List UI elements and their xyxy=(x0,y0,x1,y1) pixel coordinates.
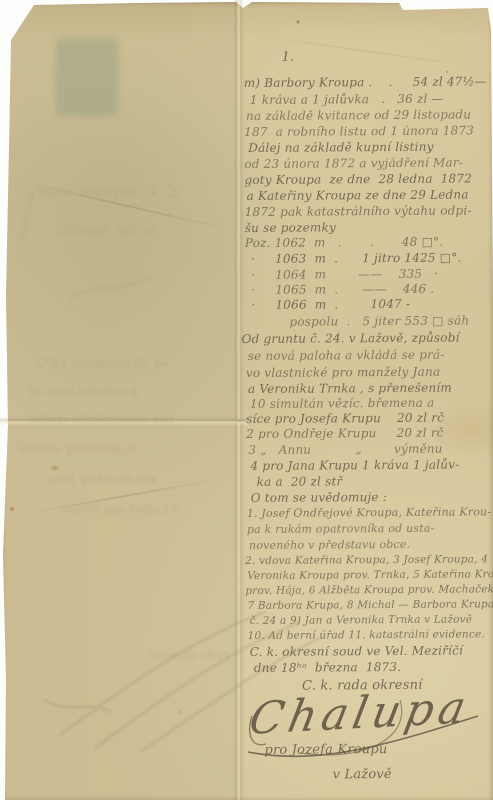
manuscript-line: 1. Josef Ondřejové Kroupa, Kateřina Krou… xyxy=(247,505,492,520)
manuscript-line: ka a 20 zl stř xyxy=(257,474,343,489)
manuscript-line: 7 Barbora Krupa, 8 Michal — Barbora Krup… xyxy=(247,598,493,612)
manuscript-line: · 1063 m . 1 jitro 1425 □°. xyxy=(251,250,462,265)
manuscript-line: 3 „ Annu „ výměnu xyxy=(248,442,442,457)
manuscript-line: 4 pro Jana Krupu 1 kráva 1 jalův- xyxy=(250,458,459,473)
manuscript-line: 2 pro Ondřeje Krupu 20 zl rč xyxy=(246,426,444,441)
manuscript-line: noveného v představu obce. xyxy=(249,538,410,552)
manuscript-line: C. k. okresní soud ve Vel. Meziříčí xyxy=(250,643,463,658)
manuscript-line: · 1064 m —— 335 · xyxy=(251,267,438,282)
manuscript-text-layer: 1.m) Barbory Kroupa . . 54 zl 47½—1 kráv… xyxy=(0,0,493,800)
manuscript-line: m) Barbory Kroupa . . 54 zl 47½— xyxy=(244,74,487,90)
document-scan: { "document": { "type": "handwritten man… xyxy=(0,0,493,800)
manuscript-line: vo vlastnické pro manžely Jana xyxy=(246,365,441,380)
manuscript-line: 1872 pak katastrálního výtahu odpi- xyxy=(245,203,472,219)
manuscript-line: O tom se uvědomuje : xyxy=(251,490,387,505)
manuscript-line: šu se pozemky xyxy=(245,220,336,235)
manuscript-line: Dálej na základě kupní listiny xyxy=(248,140,433,155)
manuscript-line: 1. xyxy=(282,50,295,65)
manuscript-line: Veronika Kroupa prov. Trnka, 5 Kateřina … xyxy=(247,568,493,582)
manuscript-line: 2. vdova Kateřina Kroupa, 3 Josef Kroupa… xyxy=(245,553,488,567)
manuscript-line: pro Jozefa Kroupu xyxy=(264,742,387,758)
manuscript-line: 187 a robního listu od 1 února 1873 xyxy=(244,123,474,139)
manuscript-line: goty Kroupa ze dne 28 ledna 1872 xyxy=(244,171,472,187)
manuscript-line: · 1065 m . —— 446 . xyxy=(251,282,434,297)
manuscript-line: · 1066 m . 1047 - xyxy=(251,297,410,312)
manuscript-line: dne 18ʰᵒ března 1873. xyxy=(254,660,401,675)
manuscript-line: a Kateřiny Kroupa ze dne 29 Ledna xyxy=(247,187,469,203)
manuscript-line: č. 24 a 9) Jan a Veronika Trnka v Lažově xyxy=(250,613,473,627)
manuscript-line: 1 kráva a 1 jalůvka . 36 zl — xyxy=(250,92,444,107)
manuscript-line: v Lažově xyxy=(333,767,392,782)
manuscript-line: pospolu . 5 jiter 553 □ sáh xyxy=(289,313,469,328)
manuscript-line: pa k rukám opatrovníka od usta- xyxy=(247,522,435,536)
manuscript-line: Poz. 1062 m . . 48 □°. xyxy=(245,235,444,250)
manuscript-line: Od gruntu č. 24. v Lažově, způsobí xyxy=(242,331,460,347)
manuscript-line: se nová paloha a vkládá se prá- xyxy=(248,348,445,363)
manuscript-line: prov. Hája, 6 Alžběta Kroupa prov. Macha… xyxy=(245,583,493,597)
manuscript-line: 10 simultán vězíc. břemena a xyxy=(250,396,434,411)
manuscript-line: a Veroniku Trnka , s přenešením xyxy=(248,381,452,396)
manuscript-line: od 23 února 1872 a vyjádření Mar- xyxy=(244,155,463,171)
manuscript-line: 10. Ad berní úřad 11. katastrální eviden… xyxy=(248,628,485,642)
manuscript-line: síce pro Josefa Krupu 20 zl rč xyxy=(246,411,444,426)
manuscript-line: na základě kvitance od 29 listopadu xyxy=(246,107,471,123)
